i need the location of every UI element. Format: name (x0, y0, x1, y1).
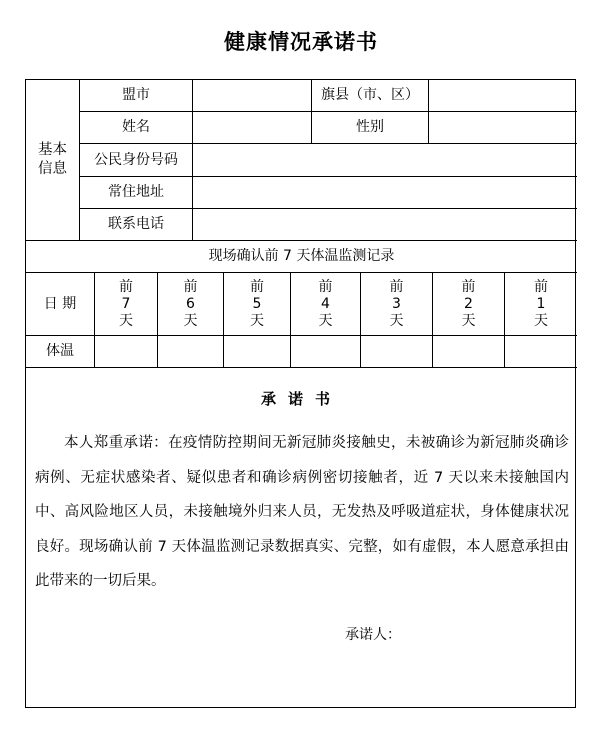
league-city-field[interactable] (193, 80, 311, 111)
day-number: 4 (321, 296, 330, 313)
phone-label: 联系电话 (80, 209, 192, 240)
day-number: 7 (122, 296, 131, 313)
day-suffix: 天 (534, 313, 548, 330)
day-prefix: 前 (462, 279, 476, 296)
temperature-record-heading: 现场确认前 7 天体温监测记录 (26, 241, 577, 272)
league-city-label: 盟市 (80, 80, 192, 111)
day-prefix: 前 (319, 279, 333, 296)
pledge-title: 承诺书 (26, 388, 577, 409)
health-pledge-form: 基本 信息 盟市 旗县（市、区） 姓名 性别 公民身份号码 常住地址 联系电话 … (25, 79, 576, 708)
day-header-1: 前 1 天 (505, 273, 577, 335)
day-header-5: 前 5 天 (224, 273, 290, 335)
basic-info-section-label: 基本 信息 (26, 80, 79, 240)
day-header-7: 前 7 天 (95, 273, 157, 335)
temperature-field-day4[interactable] (291, 336, 360, 367)
temperature-field-day1[interactable] (505, 336, 577, 367)
day-number: 1 (537, 296, 546, 313)
day-suffix: 天 (119, 313, 133, 330)
day-number: 5 (253, 296, 262, 313)
signer-label: 承诺人： (345, 624, 401, 644)
temperature-label: 体温 (26, 336, 94, 367)
gender-label: 性别 (312, 112, 428, 143)
day-suffix: 天 (462, 313, 476, 330)
phone-field[interactable] (193, 209, 577, 240)
temperature-field-day6[interactable] (158, 336, 223, 367)
day-prefix: 前 (390, 279, 404, 296)
address-label: 常住地址 (80, 177, 192, 208)
gender-field[interactable] (429, 112, 577, 143)
temperature-field-day3[interactable] (361, 336, 432, 367)
day-number: 2 (464, 296, 473, 313)
day-header-3: 前 3 天 (361, 273, 432, 335)
day-prefix: 前 (119, 279, 133, 296)
divider (26, 367, 577, 368)
date-label: 日 期 (26, 273, 94, 335)
day-suffix: 天 (390, 313, 404, 330)
day-header-6: 前 6 天 (158, 273, 223, 335)
banner-county-label: 旗县（市、区） (312, 80, 428, 111)
temperature-field-day5[interactable] (224, 336, 290, 367)
day-prefix: 前 (534, 279, 548, 296)
banner-county-field[interactable] (429, 80, 577, 111)
pledge-body: 本人郑重承诺：在疫情防控期间无新冠肺炎接触史，未被确诊为新冠肺炎确诊病例、无症状… (35, 426, 569, 599)
day-suffix: 天 (319, 313, 333, 330)
day-prefix: 前 (184, 279, 198, 296)
id-number-field[interactable] (193, 144, 577, 176)
day-header-4: 前 4 天 (291, 273, 360, 335)
address-field[interactable] (193, 177, 577, 208)
day-number: 3 (392, 296, 401, 313)
document-title: 健康情况承诺书 (0, 26, 602, 56)
temperature-field-day2[interactable] (433, 336, 504, 367)
temperature-field-day7[interactable] (95, 336, 157, 367)
day-prefix: 前 (250, 279, 264, 296)
day-suffix: 天 (250, 313, 264, 330)
day-header-2: 前 2 天 (433, 273, 504, 335)
name-field[interactable] (193, 112, 311, 143)
name-label: 姓名 (80, 112, 192, 143)
id-number-label: 公民身份号码 (80, 144, 192, 176)
day-number: 6 (186, 296, 195, 313)
day-suffix: 天 (184, 313, 198, 330)
